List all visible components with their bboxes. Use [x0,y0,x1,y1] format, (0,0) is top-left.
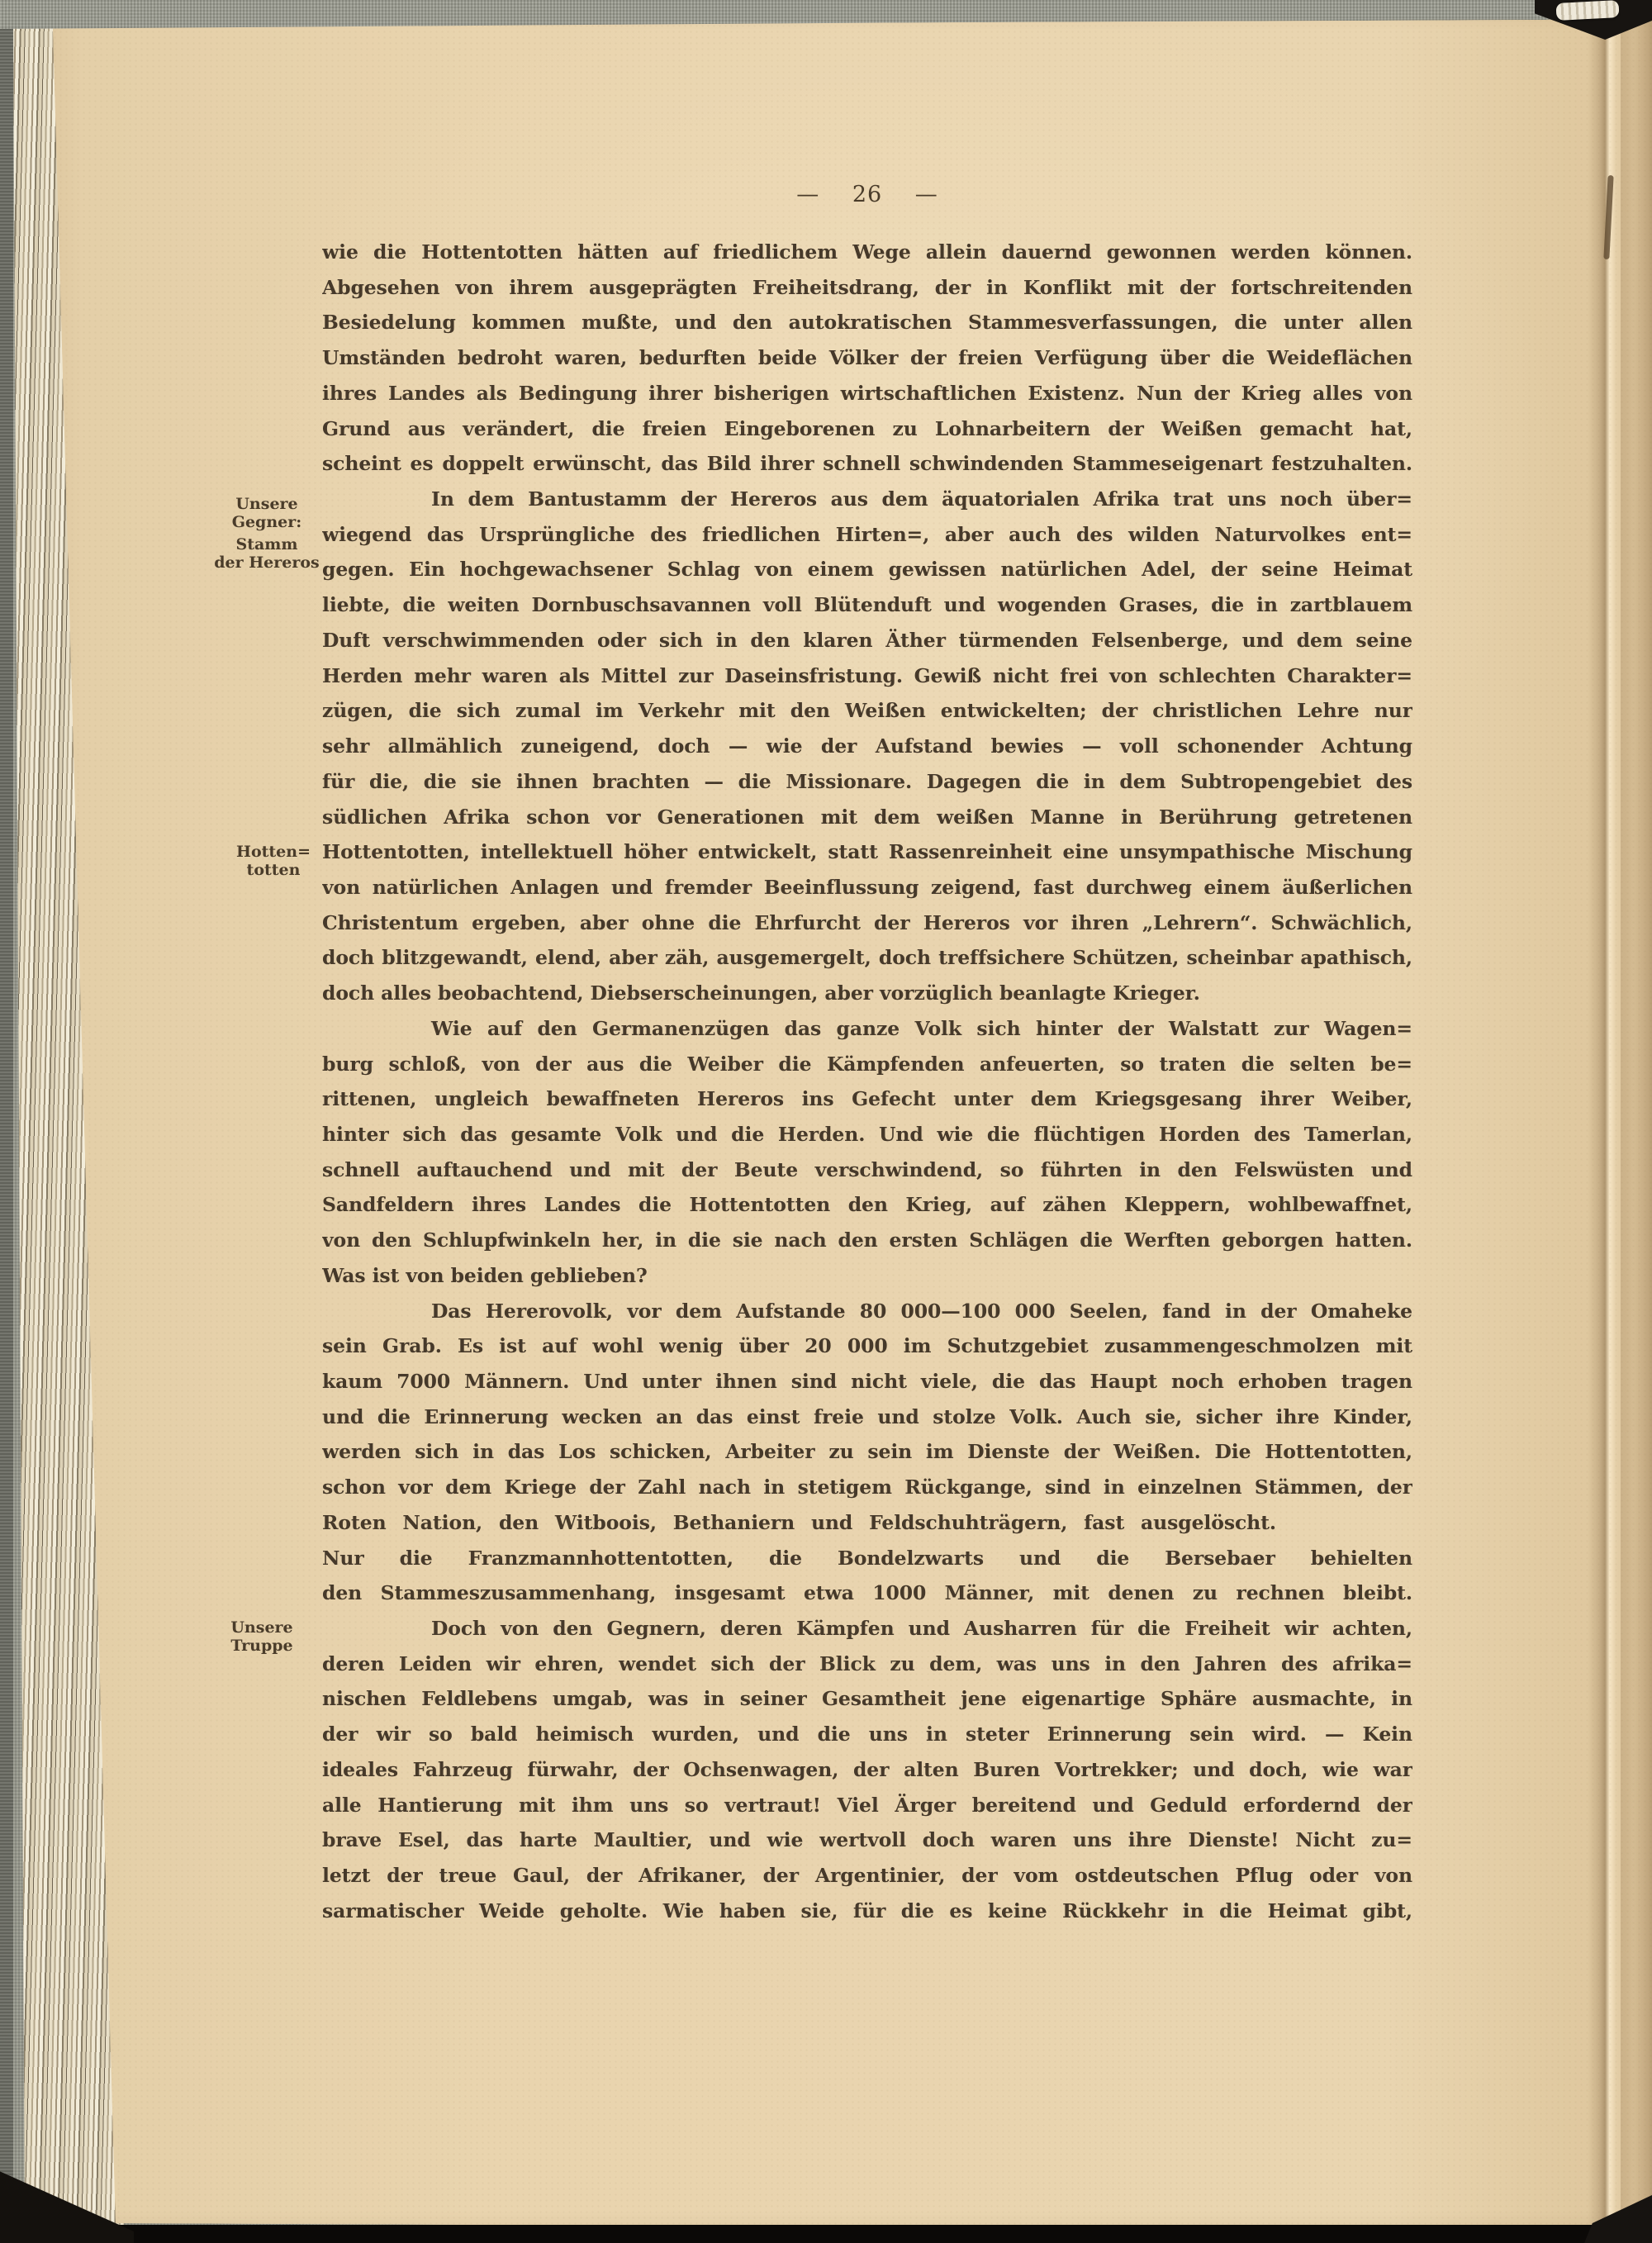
binding-thread [1556,0,1620,21]
margin-note-line: der Hereros [201,554,333,572]
body-line: rittenen, ungleich bewaffneten Hereros i… [322,1081,1412,1117]
body-line: Das Hererovolk, vor dem Aufstande 80 000… [322,1294,1412,1329]
body-line: ihres Landes als Bedingung ihrer bisheri… [322,376,1412,411]
margin-note-line: Unsere [196,1618,328,1637]
body-line: sein Grab. Es ist auf wohl wenig über 20… [322,1328,1412,1364]
book-page: — 26 — Unsere Gegner: Stamm der Hereros … [0,0,1652,2243]
body-line: schnell auftauchend und mit der Beute ve… [322,1152,1412,1188]
body-text: wie die Hottentotten hätten auf friedlic… [322,235,1412,1940]
body-line: den Stammeszusammenhang, insgesamt etwa … [322,1575,1412,1611]
body-line: doch blitzgewandt, elend, aber zäh, ausg… [322,940,1412,976]
body-line: sarmatischer Weide geholte. Wie haben si… [322,1894,1412,1929]
cover-bottom-edge [0,2225,1652,2243]
margin-note-line: totten [207,861,339,879]
body-line: zügen, die sich zumal im Verkehr mit den… [322,693,1412,729]
body-line: Nur die Franzmannhottentotten, die Bonde… [322,1541,1412,1576]
body-line: Abgesehen von ihrem ausgeprägten Freihei… [322,270,1412,306]
body-line: In dem Bantustamm der Hereros aus dem äq… [322,482,1412,517]
body-line: ideales Fahrzeug fürwahr, der Ochsenwage… [322,1752,1412,1788]
body-line: Was ist von beiden geblieben? [322,1258,1412,1294]
margin-note-hottentotten: Hotten= totten [207,843,339,879]
body-line: Grund aus verändert, die freien Eingebor… [322,411,1412,447]
body-line: der wir so bald heimisch wurden, und die… [322,1717,1412,1752]
body-line: Christentum ergeben, aber ohne die Ehrfu… [322,905,1412,941]
margin-note-line: Truppe [196,1637,328,1655]
body-line: Duft verschwimmenden oder sich in den kl… [322,623,1412,658]
body-line: brave Esel, das harte Maultier, und wie … [322,1822,1412,1858]
body-line: und die Erinnerung wecken an das einst f… [322,1399,1412,1435]
margin-note-line: Hotten= [207,843,339,861]
body-line: Umständen bedroht waren, bedurften beide… [322,340,1412,376]
body-line: Roten Nation, den Witboois, Bethaniern u… [322,1505,1276,1541]
page-number: — 26 — [322,181,1412,209]
margin-note-unsere-gegner: Unsere Gegner: Stamm der Hereros [201,495,333,572]
body-line: hinter sich das gesamte Volk und die Her… [322,1117,1412,1152]
body-line: burg schloß, von der aus die Weiber die … [322,1047,1412,1082]
body-line: Herden mehr waren als Mittel zur Daseins… [322,658,1412,694]
body-line: letzt der treue Gaul, der Afrikaner, der… [322,1858,1412,1894]
margin-note-line: Stamm [201,535,333,554]
margin-note-unsere-truppe: Unsere Truppe [196,1618,328,1655]
body-line: Wie auf den Germanenzügen das ganze Volk… [322,1011,1412,1047]
body-line: südlichen Afrika schon vor Generationen … [322,800,1412,835]
body-line: wie die Hottentotten hätten auf friedlic… [322,235,1412,270]
page-right-edge-shading [1621,17,1652,2232]
body-line: schon vor dem Kriege der Zahl nach in st… [322,1470,1412,1505]
margin-note-line: Gegner: [201,513,333,531]
book-cover-left-edge [0,0,13,2243]
body-line: kaum 7000 Männern. Und unter ihnen sind … [322,1364,1412,1399]
body-line: sehr allmählich zuneigend, doch — wie de… [322,729,1412,764]
margin-note-line: Unsere [201,495,333,513]
body-line: werden sich in das Los schicken, Arbeite… [322,1434,1412,1470]
body-line: Besiedelung kommen mußte, und den autokr… [322,305,1412,340]
body-line: doch alles beobachtend, Diebserscheinung… [322,976,1412,1011]
body-line: alle Hantierung mit ihm uns so vertraut!… [322,1788,1412,1823]
body-line: liebte, die weiten Dornbuschsavannen vol… [322,587,1412,623]
body-line: Hottentotten, intellektuell höher entwic… [322,834,1412,870]
body-line: gegen. Ein hochgewachsener Schlag von ei… [322,552,1412,587]
body-line: deren Leiden wir ehren, wendet sich der … [322,1647,1412,1682]
body-line: Doch von den Gegnern, deren Kämpfen und … [322,1611,1412,1647]
body-line: von den Schlupfwinkeln her, in die sie n… [322,1223,1412,1258]
body-line: von natürlichen Anlagen und fremder Beei… [322,870,1412,905]
body-line: nischen Feldlebens umgab, was in seiner … [322,1681,1412,1717]
book-scan-screenshot: { "document": { "type": "scanned book pa… [0,0,1652,2243]
body-line: für die, die sie ihnen brachten — die Mi… [322,764,1412,800]
body-line: Sandfeldern ihres Landes die Hottentotte… [322,1187,1412,1223]
body-line: wiegend das Ursprüngliche des friedliche… [322,517,1412,553]
body-line: scheint es doppelt erwünscht, das Bild i… [322,446,1412,482]
